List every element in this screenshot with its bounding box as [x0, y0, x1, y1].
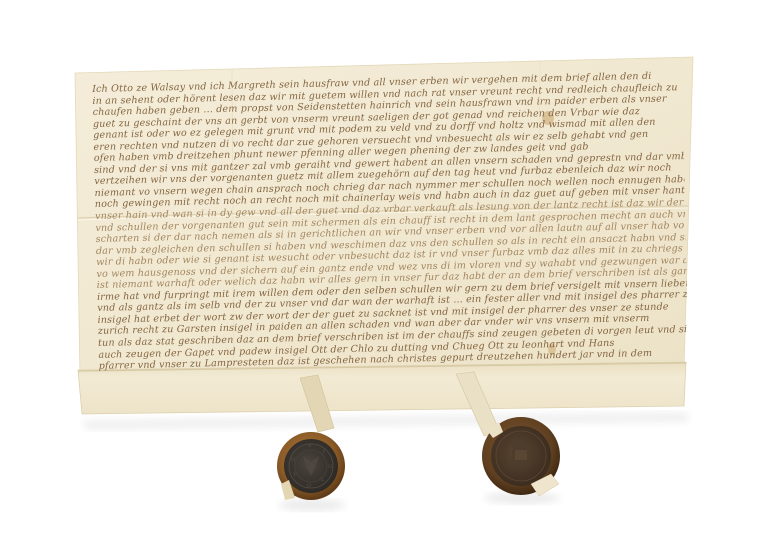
svg-text:G: G — [328, 464, 332, 470]
svg-text:O: O — [307, 483, 311, 489]
svg-text:O: O — [291, 457, 295, 463]
charter-text: Ich Otto ze Walsay vnd ich Margreth sein… — [92, 70, 689, 374]
svg-text:I: I — [323, 449, 325, 455]
seal-right — [482, 417, 560, 496]
seal-left: S I G L O T O — [277, 432, 345, 500]
svg-text:S: S — [308, 443, 312, 449]
photograph: S I G L O T O Ich Otto ze Walsay vnd ich… — [0, 0, 768, 553]
